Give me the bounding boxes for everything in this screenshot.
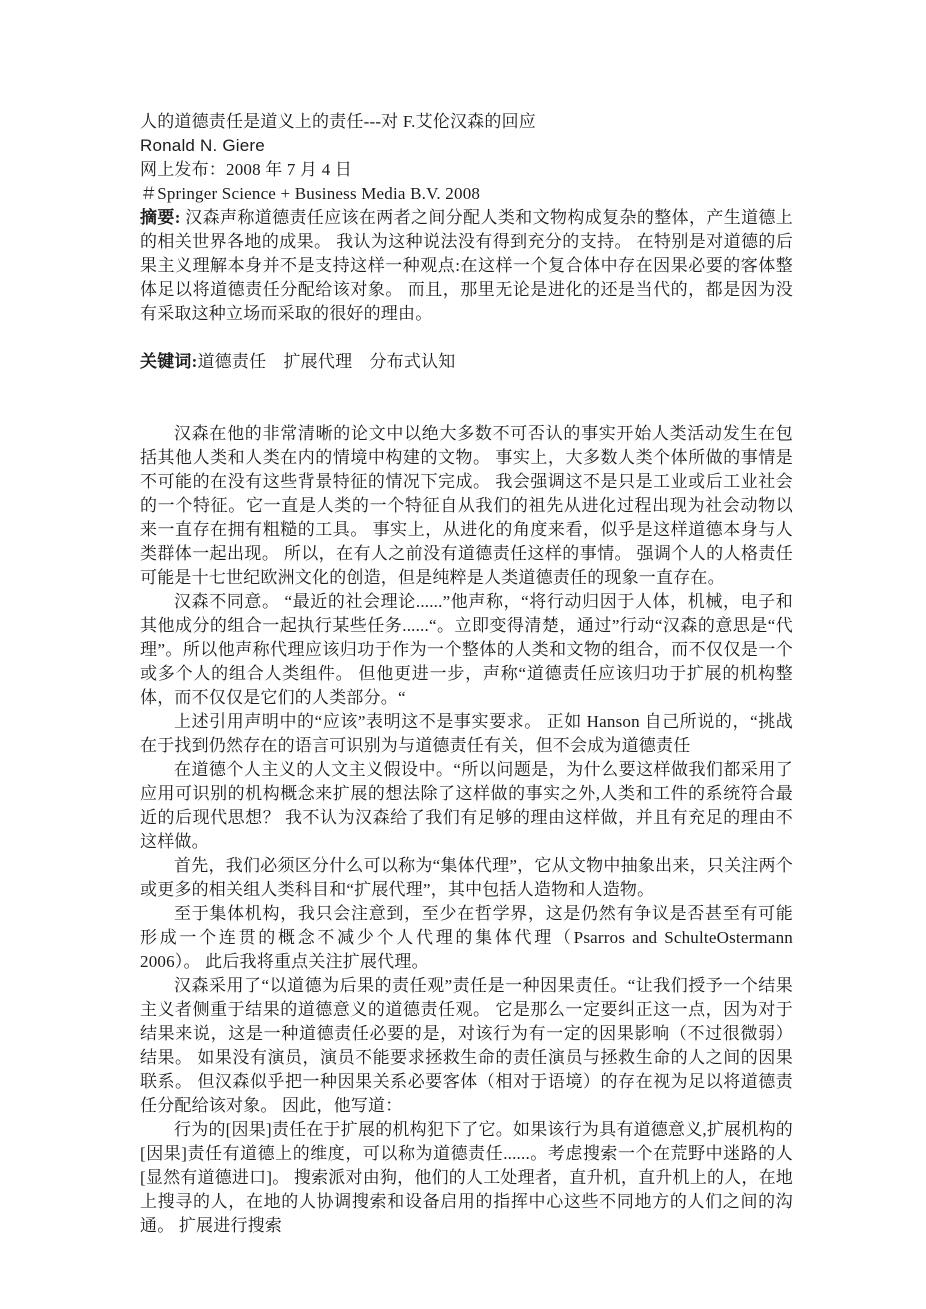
copyright-line: ＃Springer Science + Business Media B.V. … [140, 182, 793, 206]
page-title: 人的道德责任是道义上的责任---对 F.艾伦汉森的回应 [140, 110, 793, 134]
keywords-label: 关键词: [140, 352, 197, 371]
document-body: 人的道德责任是道义上的责任---对 F.艾伦汉森的回应 Ronald N. Gi… [140, 110, 793, 1238]
abstract-label: 摘要: [140, 208, 185, 227]
body-paragraph: 上述引用声明中的“应该”表明这不是事实要求。 正如 Hanson 自己所说的，“… [140, 710, 793, 758]
publish-date-line: 网上发布：2008 年 7 月 4 日 [140, 158, 793, 182]
body-paragraph: 在道德个人主义的人文主义假设中。“所以问题是，为什么要这样做我们都采用了应用可识… [140, 758, 793, 854]
body-paragraph: 行为的[因果]责任在于扩展的机构犯下了它。如果该行为具有道德意义,扩展机构的[因… [140, 1118, 793, 1238]
body-paragraph: 首先，我们必须区分什么可以称为“集体代理”，它从文物中抽象出来，只关注两个或更多… [140, 854, 793, 902]
body-paragraph: 汉森在他的非常清晰的论文中以绝大多数不可否认的事实开始人类活动发生在包括其他人类… [140, 422, 793, 590]
abstract-text: 汉森声称道德责任应该在两者之间分配人类和文物构成复杂的整体，产生道德上的相关世界… [140, 208, 793, 323]
author-name: Ronald N. Giere [140, 134, 793, 158]
body-paragraph: 汉森不同意。 “最近的社会理论......”他声称，“将行动归因于人体，机械，电… [140, 590, 793, 710]
body-paragraph: 汉森采用了“以道德为后果的责任观”责任是一种因果责任。“让我们授予一个结果主义者… [140, 974, 793, 1118]
document-page: 人的道德责任是道义上的责任---对 F.艾伦汉森的回应 Ronald N. Gi… [0, 0, 926, 1309]
body-paragraph: 至于集体机构，我只会注意到，至少在哲学界，这是仍然有争议是否甚至有可能形成一个连… [140, 902, 793, 974]
abstract-paragraph: 摘要: 汉森声称道德责任应该在两者之间分配人类和文物构成复杂的整体，产生道德上的… [140, 206, 793, 326]
keywords-text: 道德责任 扩展代理 分布式认知 [197, 352, 455, 371]
keywords-line: 关键词:道德责任 扩展代理 分布式认知 [140, 350, 793, 374]
